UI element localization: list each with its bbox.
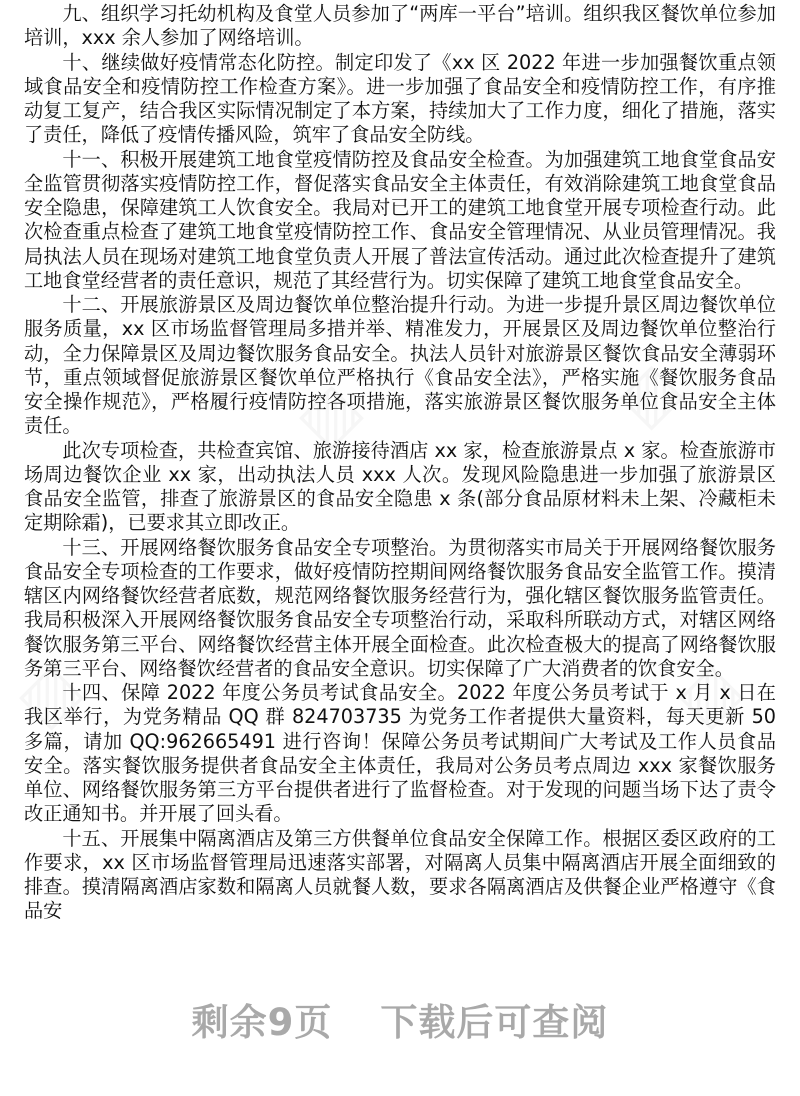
remaining-pages-label: 剩余9页	[192, 1001, 333, 1044]
paragraph-13: 十三、开展网络餐饮服务食品安全专项整治。为贯彻落实市局关于开展网络餐饮服务食品安…	[24, 536, 776, 682]
paragraph-9: 九、组织学习托幼机构及食堂人员参加了“两库一平台”培训。组织我区餐饮单位参加培训…	[24, 2, 776, 51]
paragraph-12-detail: 此次专项检查，共检查宾馆、旅游接待酒店 xx 家，检查旅游景点 x 家。检查旅游…	[24, 439, 776, 536]
paragraph-15: 十五、开展集中隔离酒店及第三方供餐单位食品安全保障工作。根据区委区政府的工作要求…	[24, 827, 776, 924]
paragraph-10: 十、继续做好疫情常态化防控。制定印发了《xx 区 2022 年进一步加强餐饮重点…	[24, 51, 776, 148]
download-hint-label: 下载后可查阅	[380, 1001, 608, 1044]
paragraph-11: 十一、积极开展建筑工地食堂疫情防控及食品安全检查。为加强建筑工地食堂食品安全监管…	[24, 148, 776, 294]
document-body: 九、组织学习托幼机构及食堂人员参加了“两库一平台”培训。组织我区餐饮单位参加培训…	[24, 2, 776, 924]
paragraph-12: 十二、开展旅游景区及周边餐饮单位整治提升行动。为进一步提升景区周边餐饮单位服务质…	[24, 293, 776, 439]
paragraph-14: 十四、保障 2022 年度公务员考试食品安全。2022 年度公务员考试于 x 月…	[24, 681, 776, 827]
download-banner[interactable]: 剩余9页下载后可查阅	[0, 992, 800, 1046]
